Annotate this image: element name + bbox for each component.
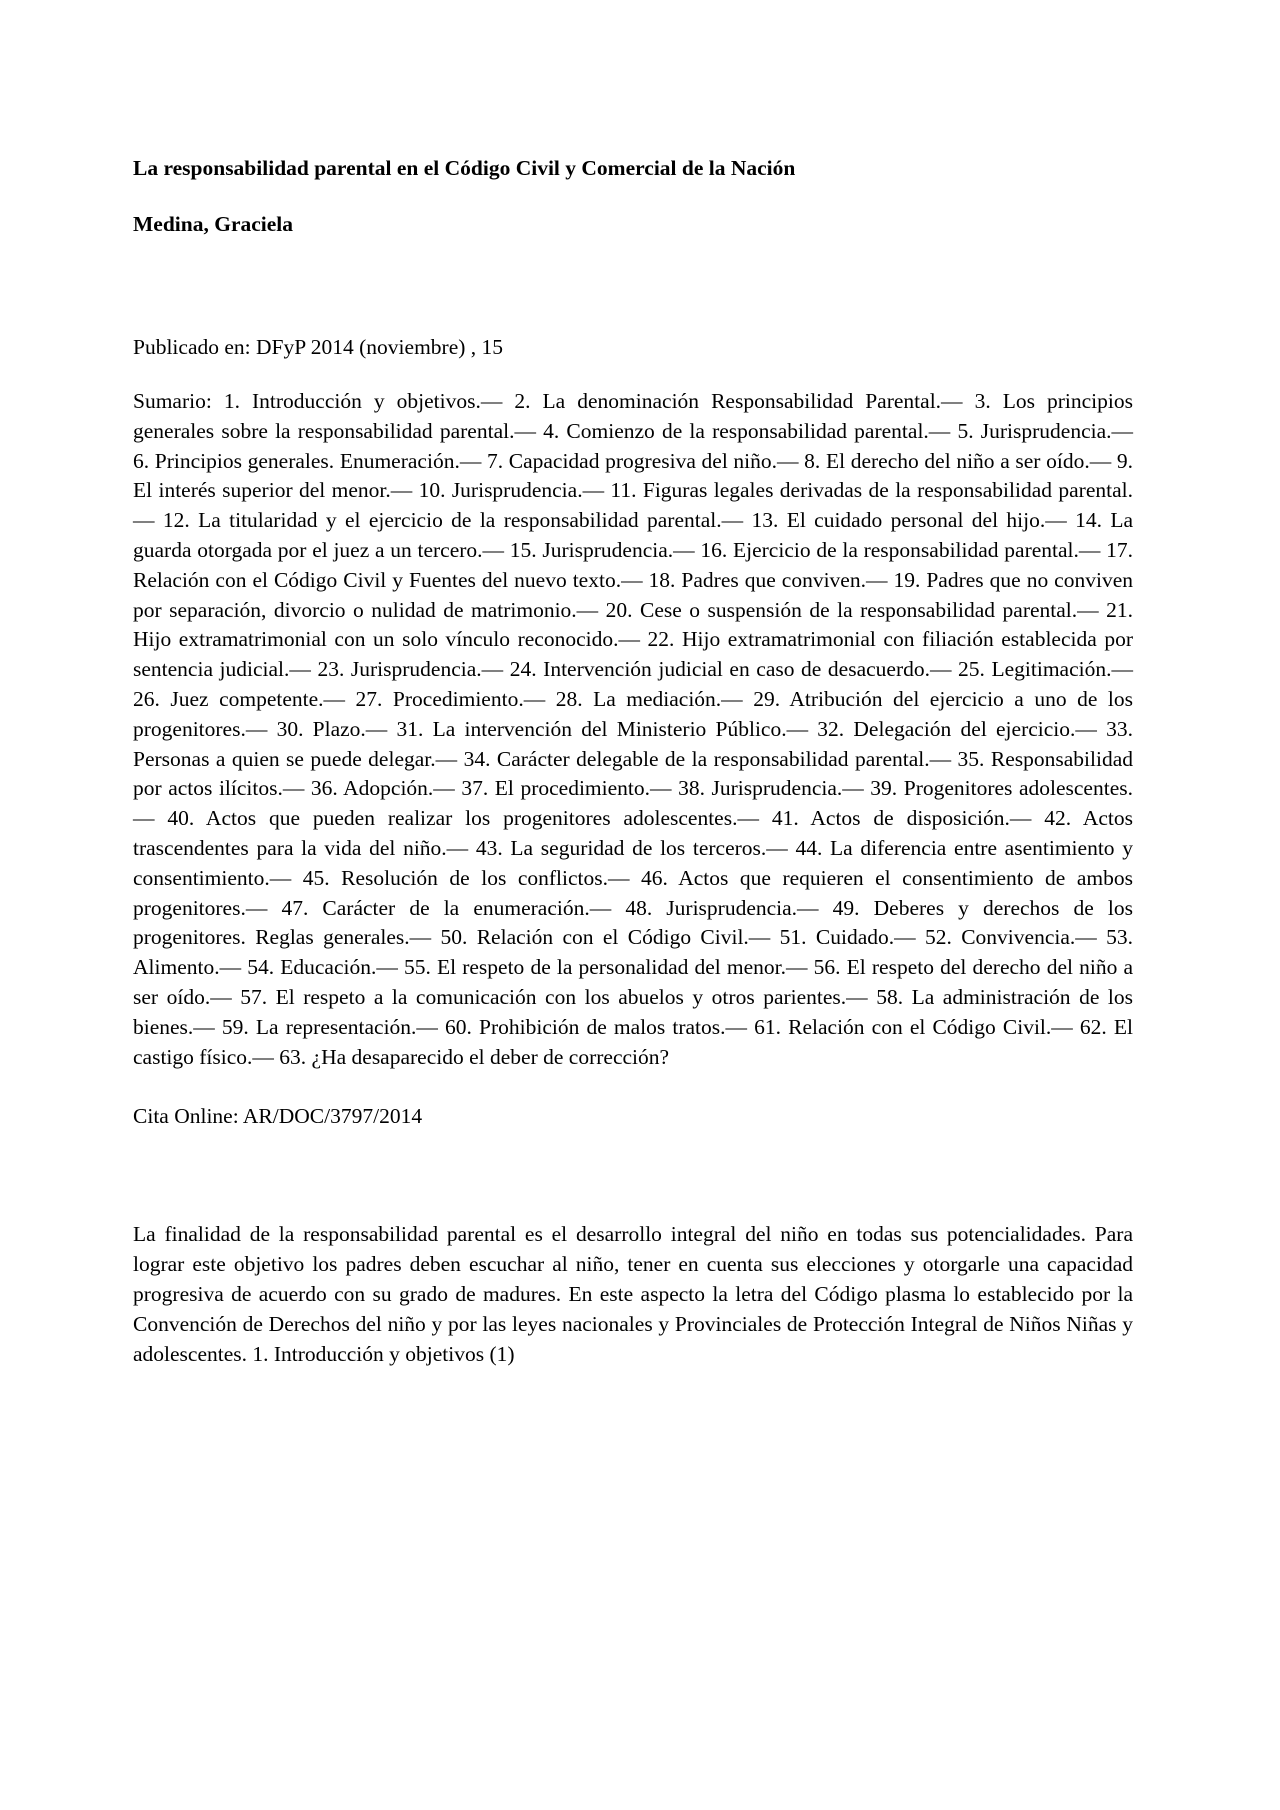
citation-line: Cita Online: AR/DOC/3797/2014 (133, 1101, 1133, 1131)
document-page: La responsabilidad parental en el Código… (0, 0, 1280, 1810)
body-paragraph: La finalidad de la responsabilidad paren… (133, 1219, 1133, 1369)
summary-paragraph: Sumario: 1. Introducción y objetivos.— 2… (133, 387, 1133, 1072)
document-title: La responsabilidad parental en el Código… (133, 153, 1133, 183)
published-in-line: Publicado en: DFyP 2014 (noviembre) , 15 (133, 332, 1133, 362)
document-author: Medina, Graciela (133, 209, 1133, 239)
